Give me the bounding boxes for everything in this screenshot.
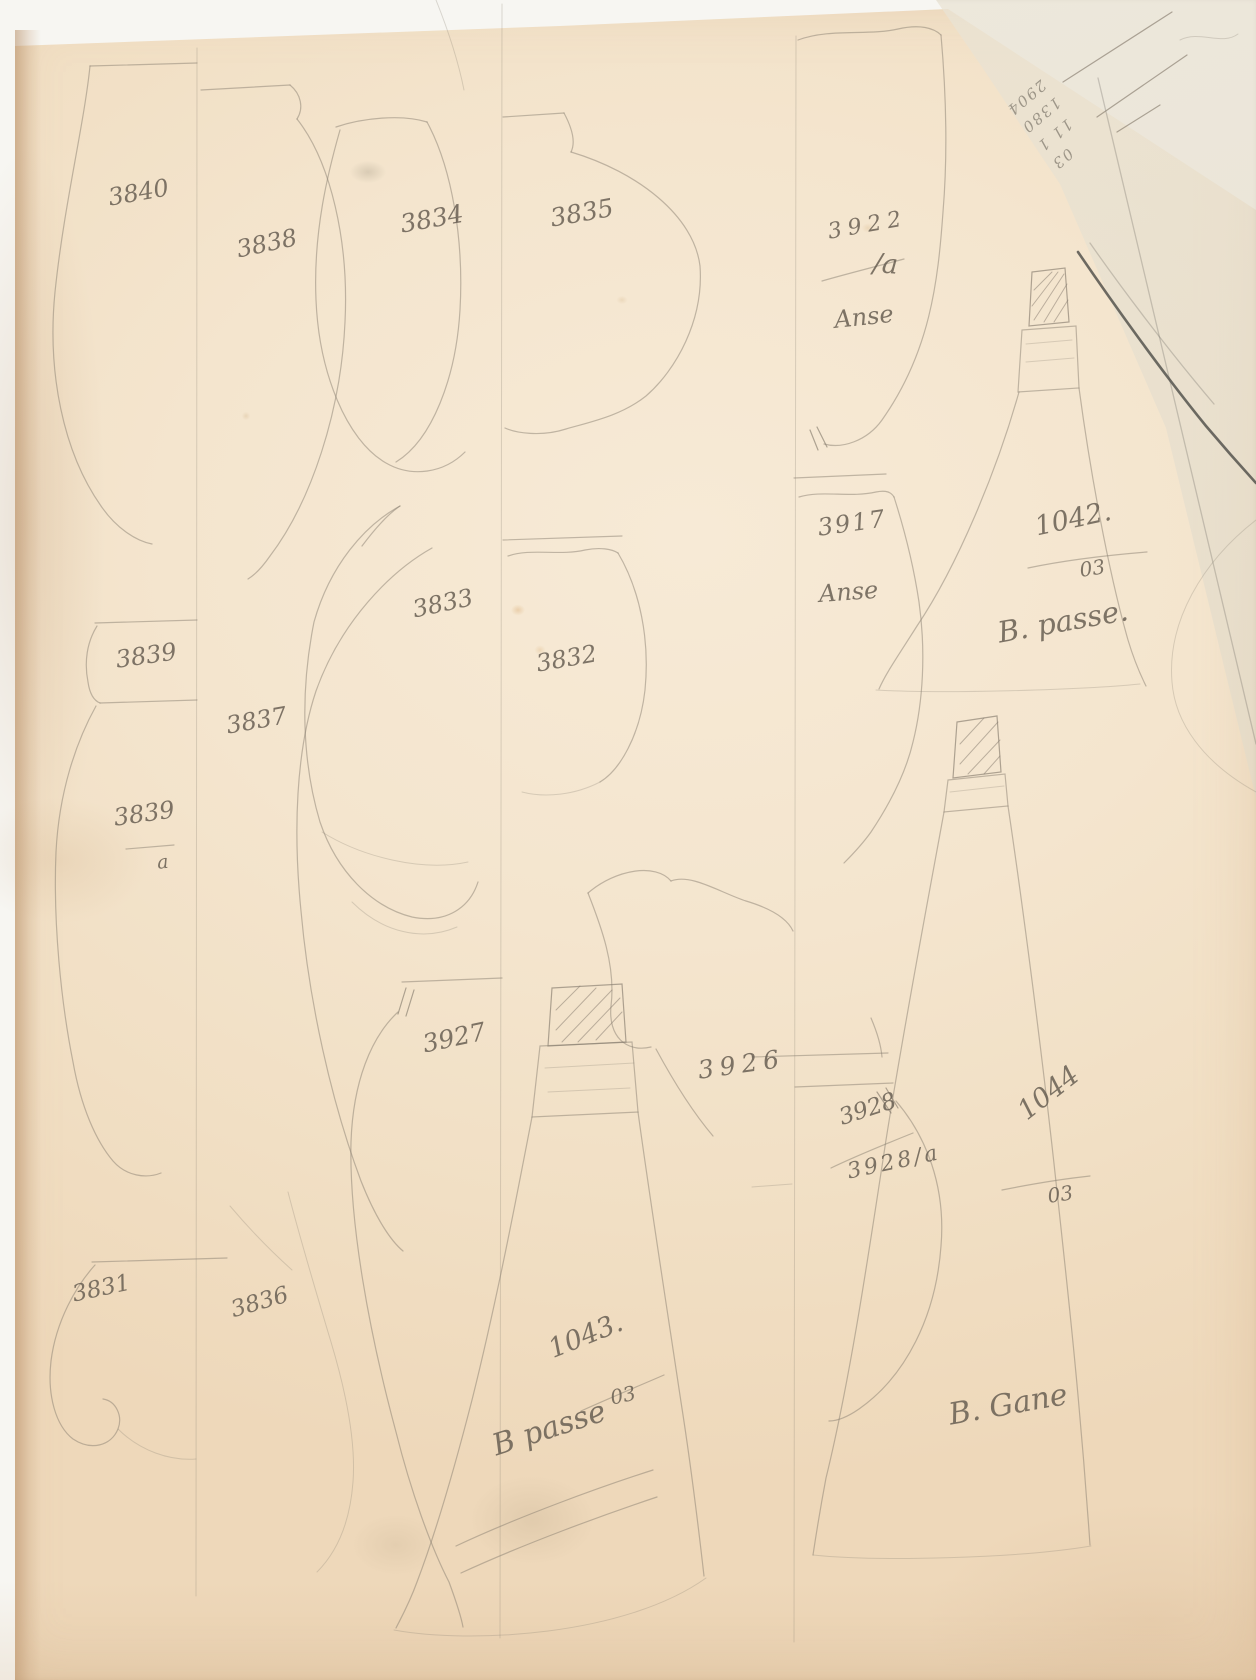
fragment-3922-outline: [798, 27, 946, 450]
vessel-3840-outline: [53, 63, 197, 544]
vessel-3834-outline: [316, 118, 465, 472]
vessel-3838-outline: [201, 85, 346, 579]
label-1042-sub: 03: [1078, 554, 1107, 581]
label-3839a-sub: a: [156, 851, 170, 874]
vessel-3835-outline: [503, 113, 700, 434]
vessel-3839-outline: [55, 620, 197, 1176]
label-anse-mid: Anse: [818, 576, 879, 608]
fragment-3928-outline: [829, 1018, 942, 1421]
vessel-3833-outline: [305, 506, 478, 934]
label-1044-sub: 03: [1046, 1180, 1075, 1207]
vessel-3836-outline: [230, 1192, 354, 1572]
pencil-drawings-layer: [0, 0, 1256, 1680]
scanned-page: 3840 3838 3834 3835 3922 /a Anse 3917 An…: [0, 0, 1256, 1680]
fragment-3926-outline: [588, 871, 893, 1187]
label-3922-fraction: /a: [872, 248, 899, 281]
vessel-3837-outline: [297, 548, 432, 1251]
vessel-3927-outline: [351, 978, 502, 1627]
label-underlines: [126, 259, 1147, 1573]
vessel-1043-outline: [394, 984, 706, 1636]
